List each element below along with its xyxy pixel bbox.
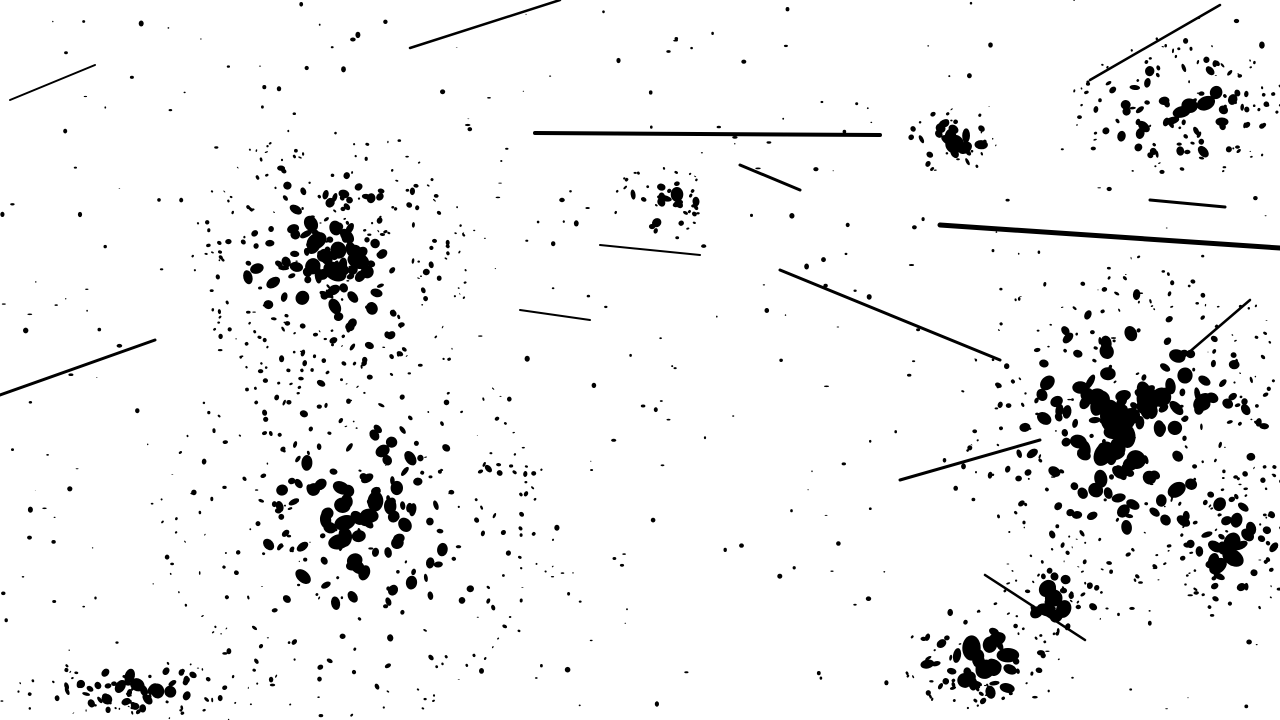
grunge-texture-canvas: [0, 0, 1280, 720]
